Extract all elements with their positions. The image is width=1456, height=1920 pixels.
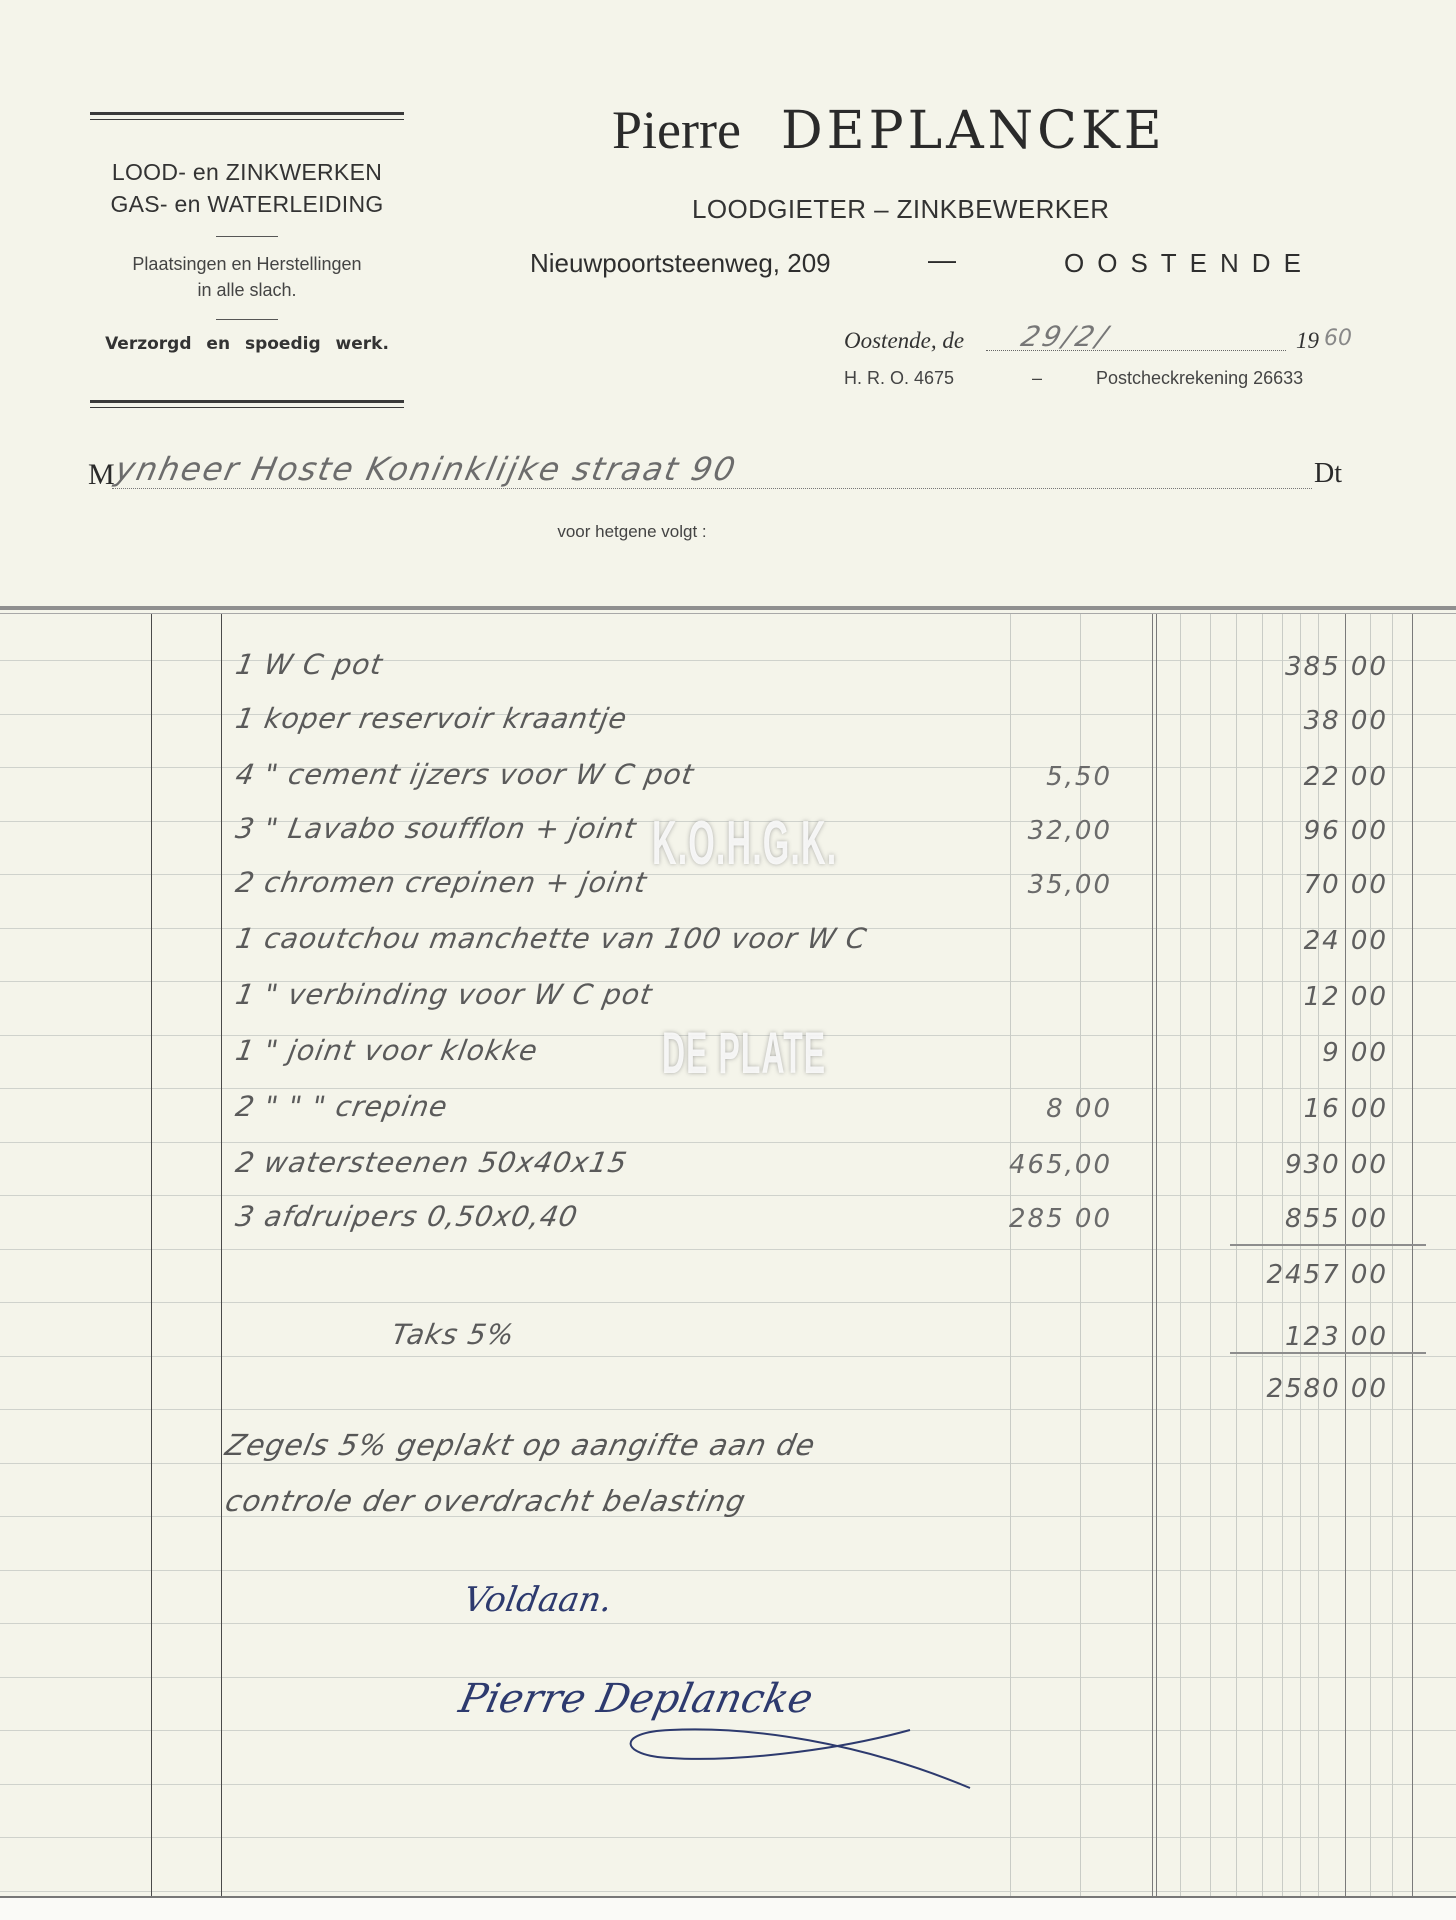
ruled-line <box>0 1195 1456 1196</box>
firm-last-name: DEPLANCKE <box>781 101 1166 161</box>
item-amount: 22 00 <box>1304 762 1388 792</box>
date-line: Oostende, de 29/2/ 19 60 <box>844 326 1384 362</box>
subtotal-row: 2457 00 <box>0 1256 1456 1296</box>
scan-margin <box>0 1898 1456 1920</box>
address-separator: — <box>928 244 956 276</box>
handwritten-date: 29/2/ <box>1018 320 1114 353</box>
ruled-line <box>0 1249 1456 1250</box>
invoice-sheet: LOOD- en ZINKWERKEN GAS- en WATERLEIDING… <box>0 0 1456 1898</box>
addressee-prefix: M <box>88 458 115 492</box>
addressee-handwritten: ynheer Hoste Koninklijke straat 90 <box>112 450 740 488</box>
subtotal-rule <box>1230 1244 1426 1246</box>
line-item-row: 1 koper reservoir kraantje38 00 <box>0 702 1456 742</box>
item-unit-price: 32,00 <box>1028 816 1112 846</box>
addressee-line: M ynheer Hoste Koninklijke straat 90 Dt <box>88 452 1348 502</box>
total-rule <box>1230 1352 1426 1354</box>
item-unit-price: 8 00 <box>1046 1094 1112 1124</box>
item-description: 1 W C pot <box>233 648 385 681</box>
tax-amount: 123 00 <box>1285 1322 1388 1352</box>
item-unit-price: 35,00 <box>1028 870 1112 900</box>
item-description: 3 " Lavabo soufflon + joint <box>233 812 639 845</box>
line-item-row: 1 caoutchou manchette van 100 voor W C24… <box>0 922 1456 962</box>
ruled-line <box>0 1837 1456 1838</box>
debtor-label: Dt <box>1314 458 1342 490</box>
double-rule-top <box>90 112 404 115</box>
service-lead-zinc: LOOD- en ZINKWERKEN <box>90 156 404 188</box>
services-line-1: Plaatsingen en Herstellingen <box>90 251 404 277</box>
subline-text: voor hetgene volgt : <box>557 522 706 541</box>
item-description: 1 " joint voor klokke <box>233 1034 541 1067</box>
item-description: 2 " " " crepine <box>233 1090 451 1123</box>
ruled-line <box>0 1570 1456 1571</box>
ruled-line <box>0 1463 1456 1464</box>
item-unit-price: 5,50 <box>1046 762 1112 792</box>
line-item-row: 2 " " " crepine8 0016 00 <box>0 1090 1456 1130</box>
item-amount: 70 00 <box>1304 870 1388 900</box>
registration-separator: – <box>1032 368 1042 389</box>
item-amount: 9 00 <box>1322 1038 1388 1068</box>
ruled-line <box>0 1142 1456 1143</box>
year-handwritten: 60 <box>1324 326 1352 351</box>
item-description: 1 koper reservoir kraantje <box>233 702 630 735</box>
item-amount: 855 00 <box>1285 1204 1388 1234</box>
item-amount: 24 00 <box>1304 926 1388 956</box>
tax-label: Taks 5% <box>389 1318 517 1351</box>
subtotal-amount: 2457 00 <box>1266 1260 1388 1290</box>
date-label: Oostende, de <box>844 328 964 354</box>
firm-name: PierreDEPLANCKE <box>612 98 1166 162</box>
services-line-2: in alle slach. <box>90 277 404 303</box>
line-item-row: 1 W C pot385 00 <box>0 648 1456 688</box>
item-amount: 38 00 <box>1304 706 1388 736</box>
registration-line: H. R. O. 4675 – Postcheckrekening 26633 <box>844 368 954 389</box>
slogan: Verzorgd en spoedig werk. <box>90 334 404 354</box>
stamp-duty-note-line1: Zegels 5% geplakt op aangifte aan de <box>222 1428 818 1462</box>
item-unit-price: 285 00 <box>1009 1204 1112 1234</box>
ruled-line <box>0 1302 1456 1303</box>
item-description: 1 " verbinding voor W C pot <box>233 978 655 1011</box>
item-description: 2 chromen crepinen + joint <box>233 866 650 899</box>
firm-street: Nieuwpoortsteenweg, 209 <box>530 248 831 279</box>
line-item-row: 3 afdruipers 0,50x0,40285 00855 00 <box>0 1200 1456 1240</box>
divider <box>216 319 278 320</box>
divider <box>216 236 278 237</box>
watermark-top: K.O.H.G.K. <box>652 808 837 879</box>
for-the-following-label: voor hetgene volgt : <box>0 522 1456 542</box>
hro-number: H. R. O. 4675 <box>844 368 954 388</box>
item-amount: 16 00 <box>1304 1094 1388 1124</box>
signature-flourish-icon <box>610 1722 990 1802</box>
ledger-top-rule-thin <box>0 613 1456 614</box>
stamp-duty-note-line2: controle der overdracht belasting <box>222 1484 749 1518</box>
service-gas-water: GAS- en WATERLEIDING <box>90 188 404 220</box>
firm-trade: LOODGIETER – ZINKBEWERKER <box>692 194 1109 225</box>
double-rule-top-thin <box>90 119 404 120</box>
paid-mark: Voldaan. <box>460 1580 615 1620</box>
item-description: 4 " cement ijzers voor W C pot <box>233 758 697 791</box>
item-amount: 96 00 <box>1304 816 1388 846</box>
double-rule-bottom-thin <box>90 407 404 408</box>
line-item-row: 2 watersteenen 50x40x15465,00930 00 <box>0 1146 1456 1186</box>
item-amount: 385 00 <box>1285 652 1388 682</box>
year-printed: 19 <box>1296 328 1319 354</box>
line-item-row: 4 " cement ijzers voor W C pot5,5022 00 <box>0 758 1456 798</box>
letterhead-services-block: LOOD- en ZINKWERKEN GAS- en WATERLEIDING… <box>90 112 404 408</box>
ruled-line <box>0 1623 1456 1624</box>
item-unit-price: 465,00 <box>1009 1150 1112 1180</box>
ledger-top-rule <box>0 606 1456 610</box>
item-amount: 930 00 <box>1285 1150 1388 1180</box>
total-row: 2580 00 <box>0 1370 1456 1410</box>
watermark-bottom: DE PLATE <box>662 1020 826 1087</box>
item-amount: 12 00 <box>1304 982 1388 1012</box>
item-description: 2 watersteenen 50x40x15 <box>233 1146 630 1179</box>
ruled-line <box>0 1891 1456 1892</box>
firm-city: OOSTENDE <box>1064 248 1314 279</box>
line-item-row: 1 " verbinding voor W C pot12 00 <box>0 978 1456 1018</box>
double-rule-bottom <box>90 400 404 403</box>
item-description: 1 caoutchou manchette van 100 voor W C <box>233 922 870 955</box>
addressee-dotted-line <box>112 488 1312 489</box>
firm-first-name: Pierre <box>612 100 741 160</box>
signature: Pierre Deplancke <box>455 1676 817 1722</box>
item-description: 3 afdruipers 0,50x0,40 <box>233 1200 581 1233</box>
ruled-line <box>0 1088 1456 1089</box>
postcheck-account: Postcheckrekening 26633 <box>1096 368 1303 389</box>
total-amount: 2580 00 <box>1266 1374 1388 1404</box>
